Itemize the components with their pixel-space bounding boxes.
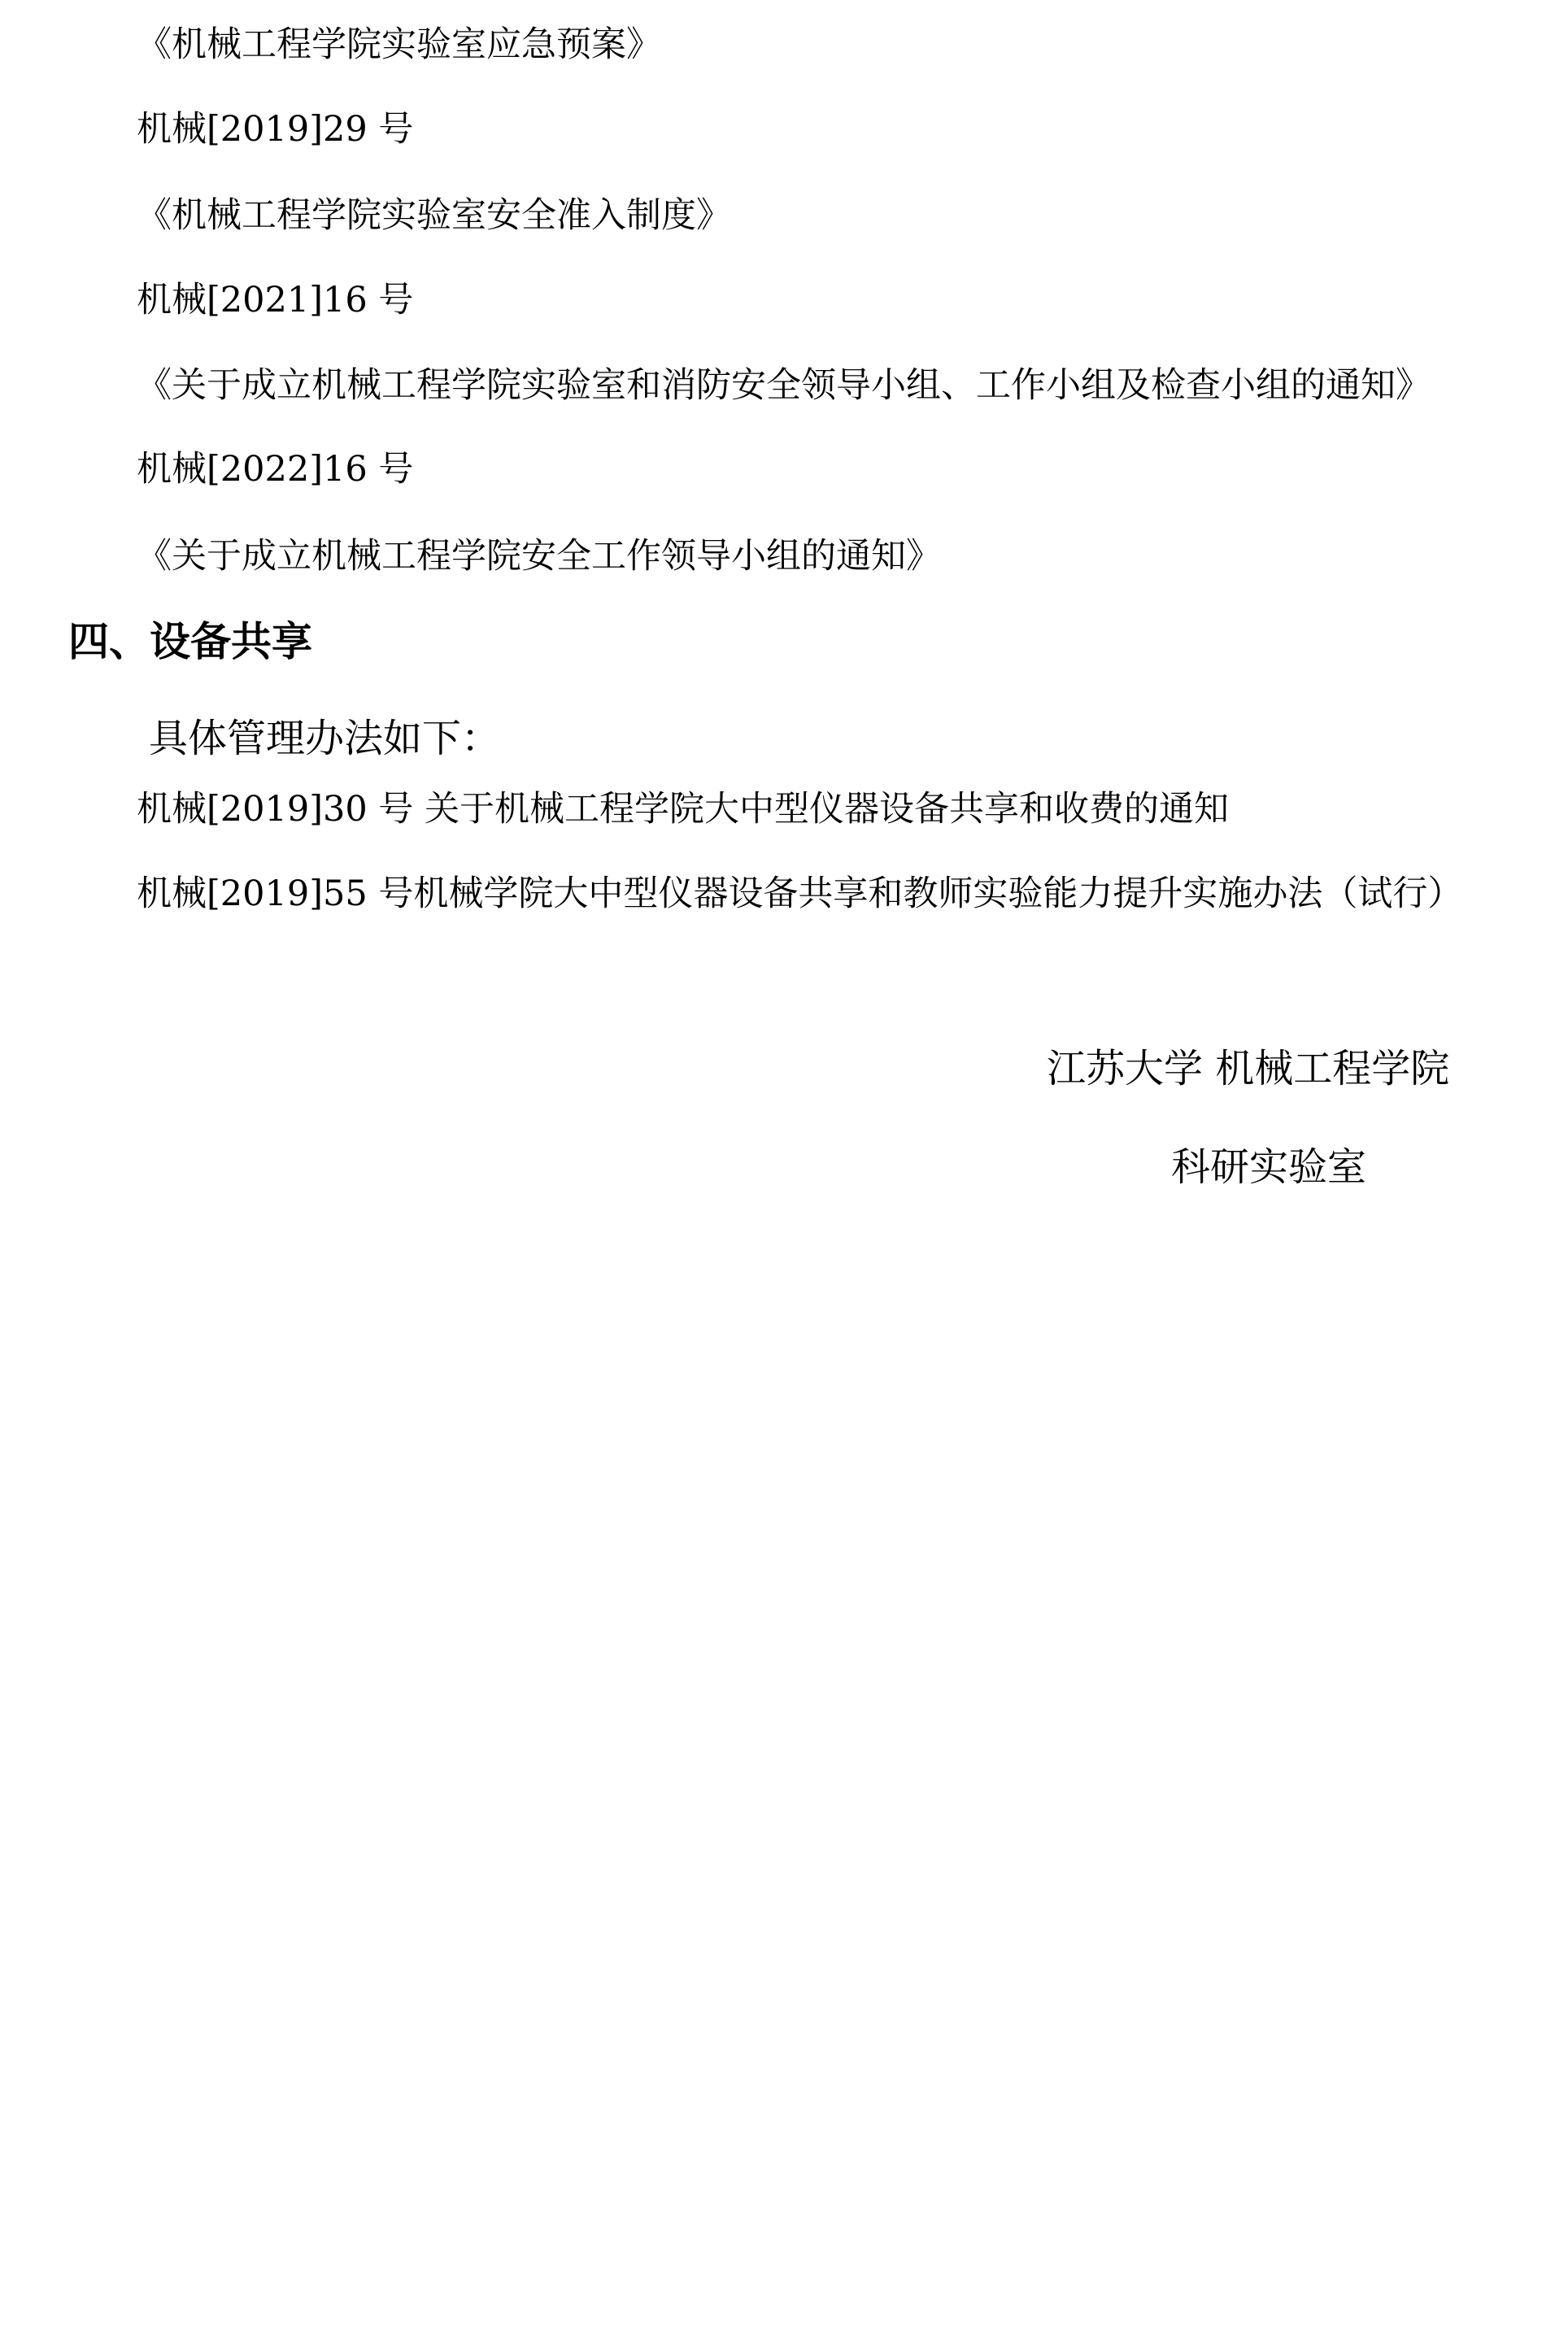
- reference-title-emergency-plan: 《机械工程学院实验室应急预案》: [137, 28, 661, 63]
- section-item: 机械[2019]30 号 关于机械工程学院大中型仪器设备共享和收费的通知: [137, 792, 1229, 827]
- signature-department: 科研实验室: [1171, 1148, 1366, 1187]
- reference-doc-number: 机械[2019]29 号: [137, 112, 413, 147]
- section-heading: 四、设备共享: [68, 621, 312, 662]
- reference-doc-number: 机械[2021]16 号: [137, 283, 413, 318]
- reference-title-safety-leadership: 《关于成立机械工程学院安全工作领导小组的通知》: [137, 539, 941, 574]
- document-page: 《机械工程学院实验室应急预案》 机械[2019]29 号 《机械工程学院实验室安…: [0, 0, 1568, 2335]
- section-item: 机械[2019]55 号机械学院大中型仪器设备共享和教师实验能力提升实施办法（试…: [137, 877, 1462, 912]
- section-intro: 具体管理办法如下：: [149, 719, 500, 758]
- signature-organization: 江苏大学 机械工程学院: [1047, 1049, 1449, 1088]
- reference-title-fire-safety-groups: 《关于成立机械工程学院实验室和消防安全领导小组、工作小组及检查小组的通知》: [137, 368, 1431, 403]
- reference-doc-number: 机械[2022]16 号: [137, 452, 413, 487]
- reference-title-safety-access: 《机械工程学院实验室安全准入制度》: [137, 198, 731, 233]
